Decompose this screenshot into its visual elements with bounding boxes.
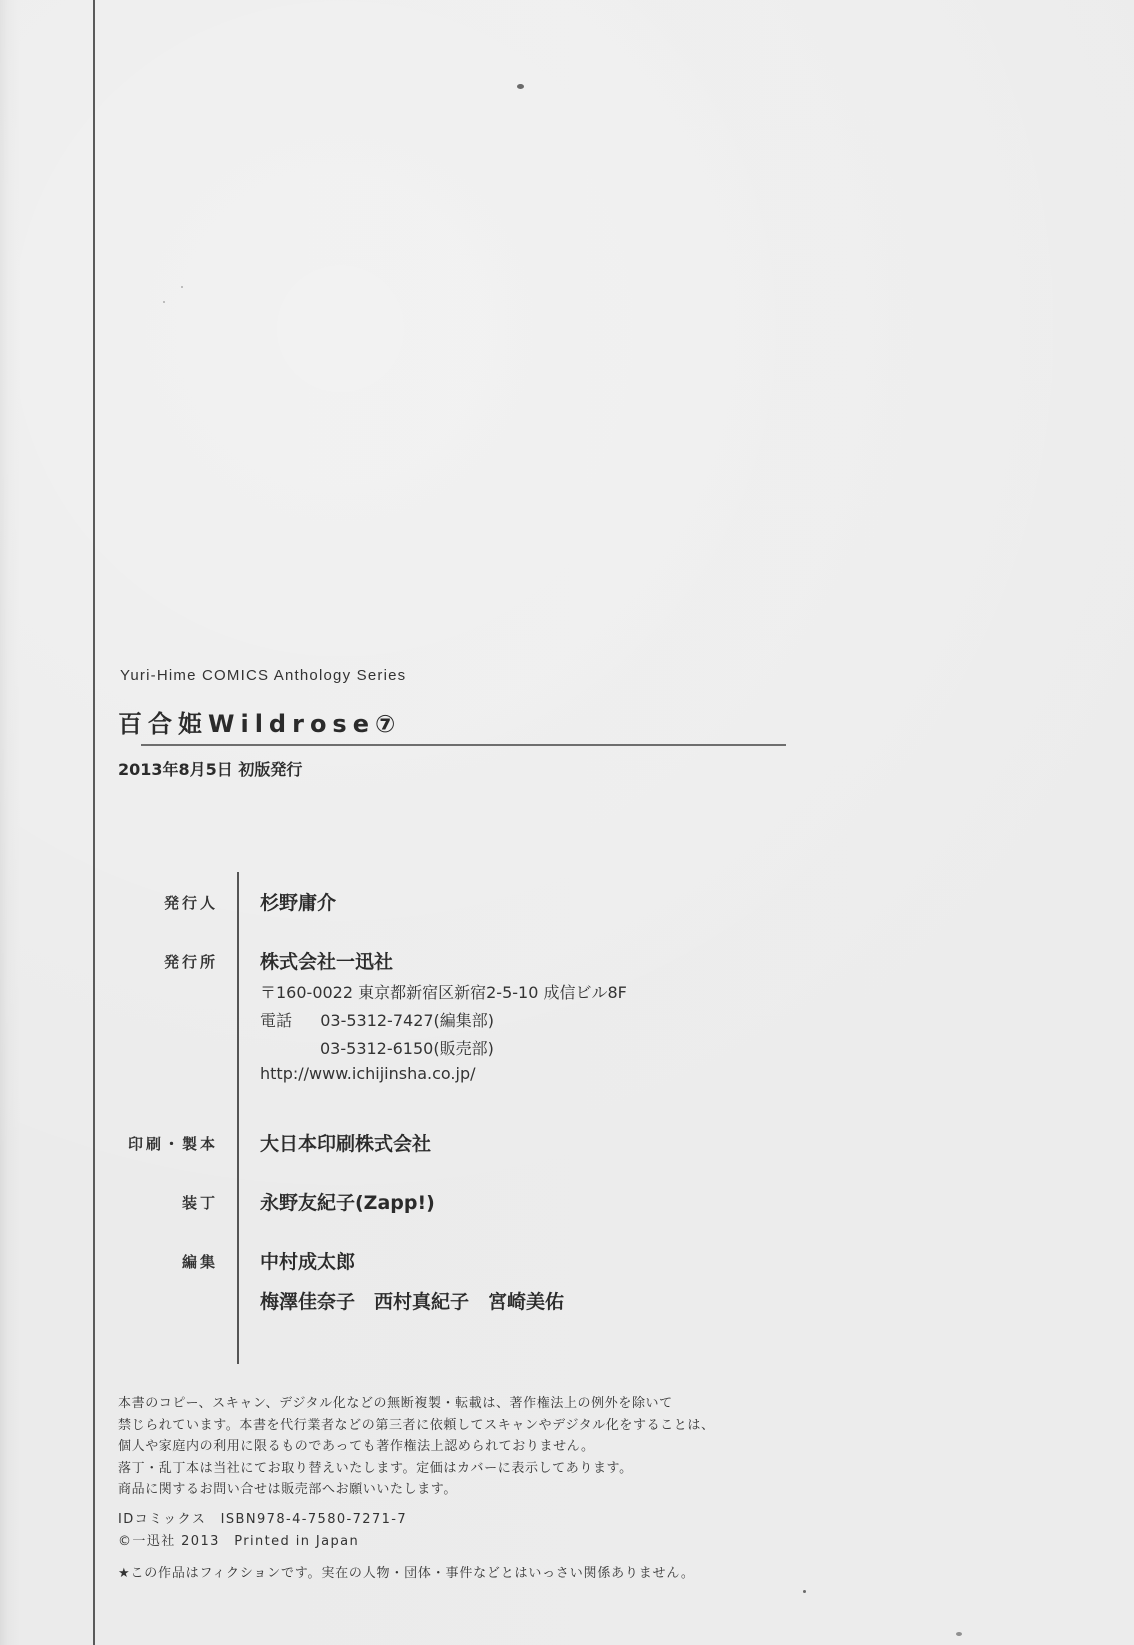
copyright-line: ©一迅社 2013 Printed in Japan [118, 1530, 359, 1549]
publisher-company-label: 発行所 [164, 951, 218, 972]
notice-line: 本書のコピー、スキャン、デジタル化などの無断複製・転載は、著作権法上の例外を除い… [118, 1393, 715, 1415]
notice-line: 落丁・乱丁本は当社にてお取り替えいたします。定価はカバーに表示してあります。 [118, 1458, 715, 1480]
phone-label: 電話 [260, 1011, 292, 1030]
binding-gutter-line [93, 0, 95, 1645]
notice-line: 禁じられています。本書を代行業者などの第三者に依頼してスキャンやデジタル化をする… [118, 1415, 715, 1437]
printing-value: 大日本印刷株式会社 [260, 1129, 431, 1156]
scan-speck [181, 286, 183, 288]
title-rule [141, 744, 786, 746]
design-value: 永野友紀子(Zapp!) [260, 1188, 435, 1215]
book-title: 百合姫Wildrose⑦ [118, 704, 401, 739]
credits-divider [237, 872, 239, 1364]
phone-sales: 03-5312-6150(販売部) [320, 1036, 494, 1059]
scan-speck [517, 84, 524, 89]
copyright-notice: 本書のコピー、スキャン、デジタル化などの無断複製・転載は、著作権法上の例外を除い… [118, 1393, 715, 1501]
series-name: Yuri-Hime COMICS Anthology Series [120, 667, 406, 684]
publisher-url[interactable]: http://www.ichijinsha.co.jp/ [260, 1064, 476, 1083]
notice-line: 商品に関するお問い合せは販売部へお願いいたします。 [118, 1479, 715, 1501]
colophon-page: Yuri-Hime COMICS Anthology Series 百合姫Wil… [0, 0, 1134, 1645]
design-label: 装丁 [182, 1192, 218, 1213]
phone-row: 電話 03-5312-7427(編集部) [260, 1008, 494, 1031]
notice-line: 個人や家庭内の利用に限るものであっても著作権法上認められておりません。 [118, 1436, 715, 1458]
scan-speck [803, 1590, 806, 1593]
editing-value-line1: 中村成太郎 [260, 1247, 355, 1274]
isbn-line: IDコミックス ISBN978-4-7580-7271-7 [118, 1508, 407, 1527]
editing-value-line2: 梅澤佳奈子 西村真紀子 宮崎美佑 [260, 1287, 564, 1314]
publisher-address: 〒160-0022 東京都新宿区新宿2-5-10 成信ビル8F [260, 980, 627, 1003]
edition-date: 2013年8月5日 初版発行 [118, 757, 302, 780]
scan-speck [956, 1632, 962, 1636]
editing-label: 編集 [182, 1251, 218, 1272]
publisher-person-label: 発行人 [164, 892, 218, 913]
fiction-notice: ★この作品はフィクションです。実在の人物・団体・事件などとはいっさい関係ありませ… [118, 1562, 695, 1581]
phone-editorial: 03-5312-7427(編集部) [320, 1011, 494, 1030]
publisher-person-value: 杉野庸介 [260, 888, 336, 915]
publisher-company-value: 株式会社一迅社 [260, 947, 393, 974]
scan-speck [163, 301, 165, 303]
printing-label: 印刷・製本 [128, 1133, 218, 1154]
